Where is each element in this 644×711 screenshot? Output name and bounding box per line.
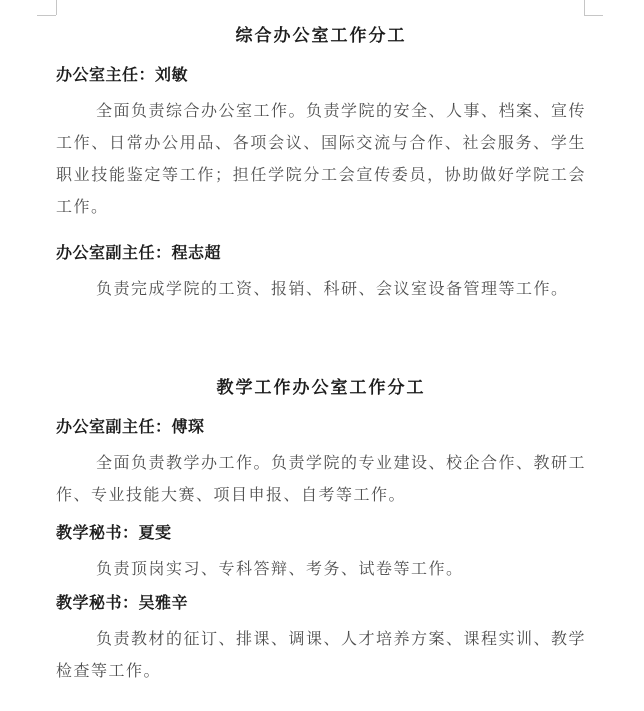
page-margin-crop-mark-top-right xyxy=(584,15,603,16)
role-heading: 办公室副主任：傅琛 xyxy=(56,418,586,438)
section-title: 综合办公室工作分工 xyxy=(56,26,586,46)
role-heading: 教学秘书：吴雅辛 xyxy=(56,594,586,614)
document-body: 综合办公室工作分工 办公室主任：刘敏 全面负责综合办公室工作。负责学院的安全、人… xyxy=(56,0,586,688)
document-page: 综合办公室工作分工 办公室主任：刘敏 全面负责综合办公室工作。负责学院的安全、人… xyxy=(0,0,644,711)
duty-paragraph: 负责完成学院的工资、报销、科研、会议室设备管理等工作。 xyxy=(56,274,586,306)
role-heading: 办公室主任：刘敏 xyxy=(56,66,586,86)
page-margin-crop-mark-top-left xyxy=(37,15,56,16)
duty-paragraph: 全面负责教学办工作。负责学院的专业建设、校企合作、教研工作、专业技能大赛、项目申… xyxy=(56,448,586,512)
duty-paragraph: 负责教材的征订、排课、调课、人才培养方案、课程实训、教学检查等工作。 xyxy=(56,624,586,688)
duty-paragraph: 全面负责综合办公室工作。负责学院的安全、人事、档案、宣传工作、日常办公用品、各项… xyxy=(56,96,586,224)
duty-paragraph: 负责顶岗实习、专科答辩、考务、试卷等工作。 xyxy=(56,554,586,586)
role-heading: 办公室副主任：程志超 xyxy=(56,244,586,264)
role-heading: 教学秘书：夏雯 xyxy=(56,524,586,544)
section-title: 教学工作办公室工作分工 xyxy=(56,378,586,398)
